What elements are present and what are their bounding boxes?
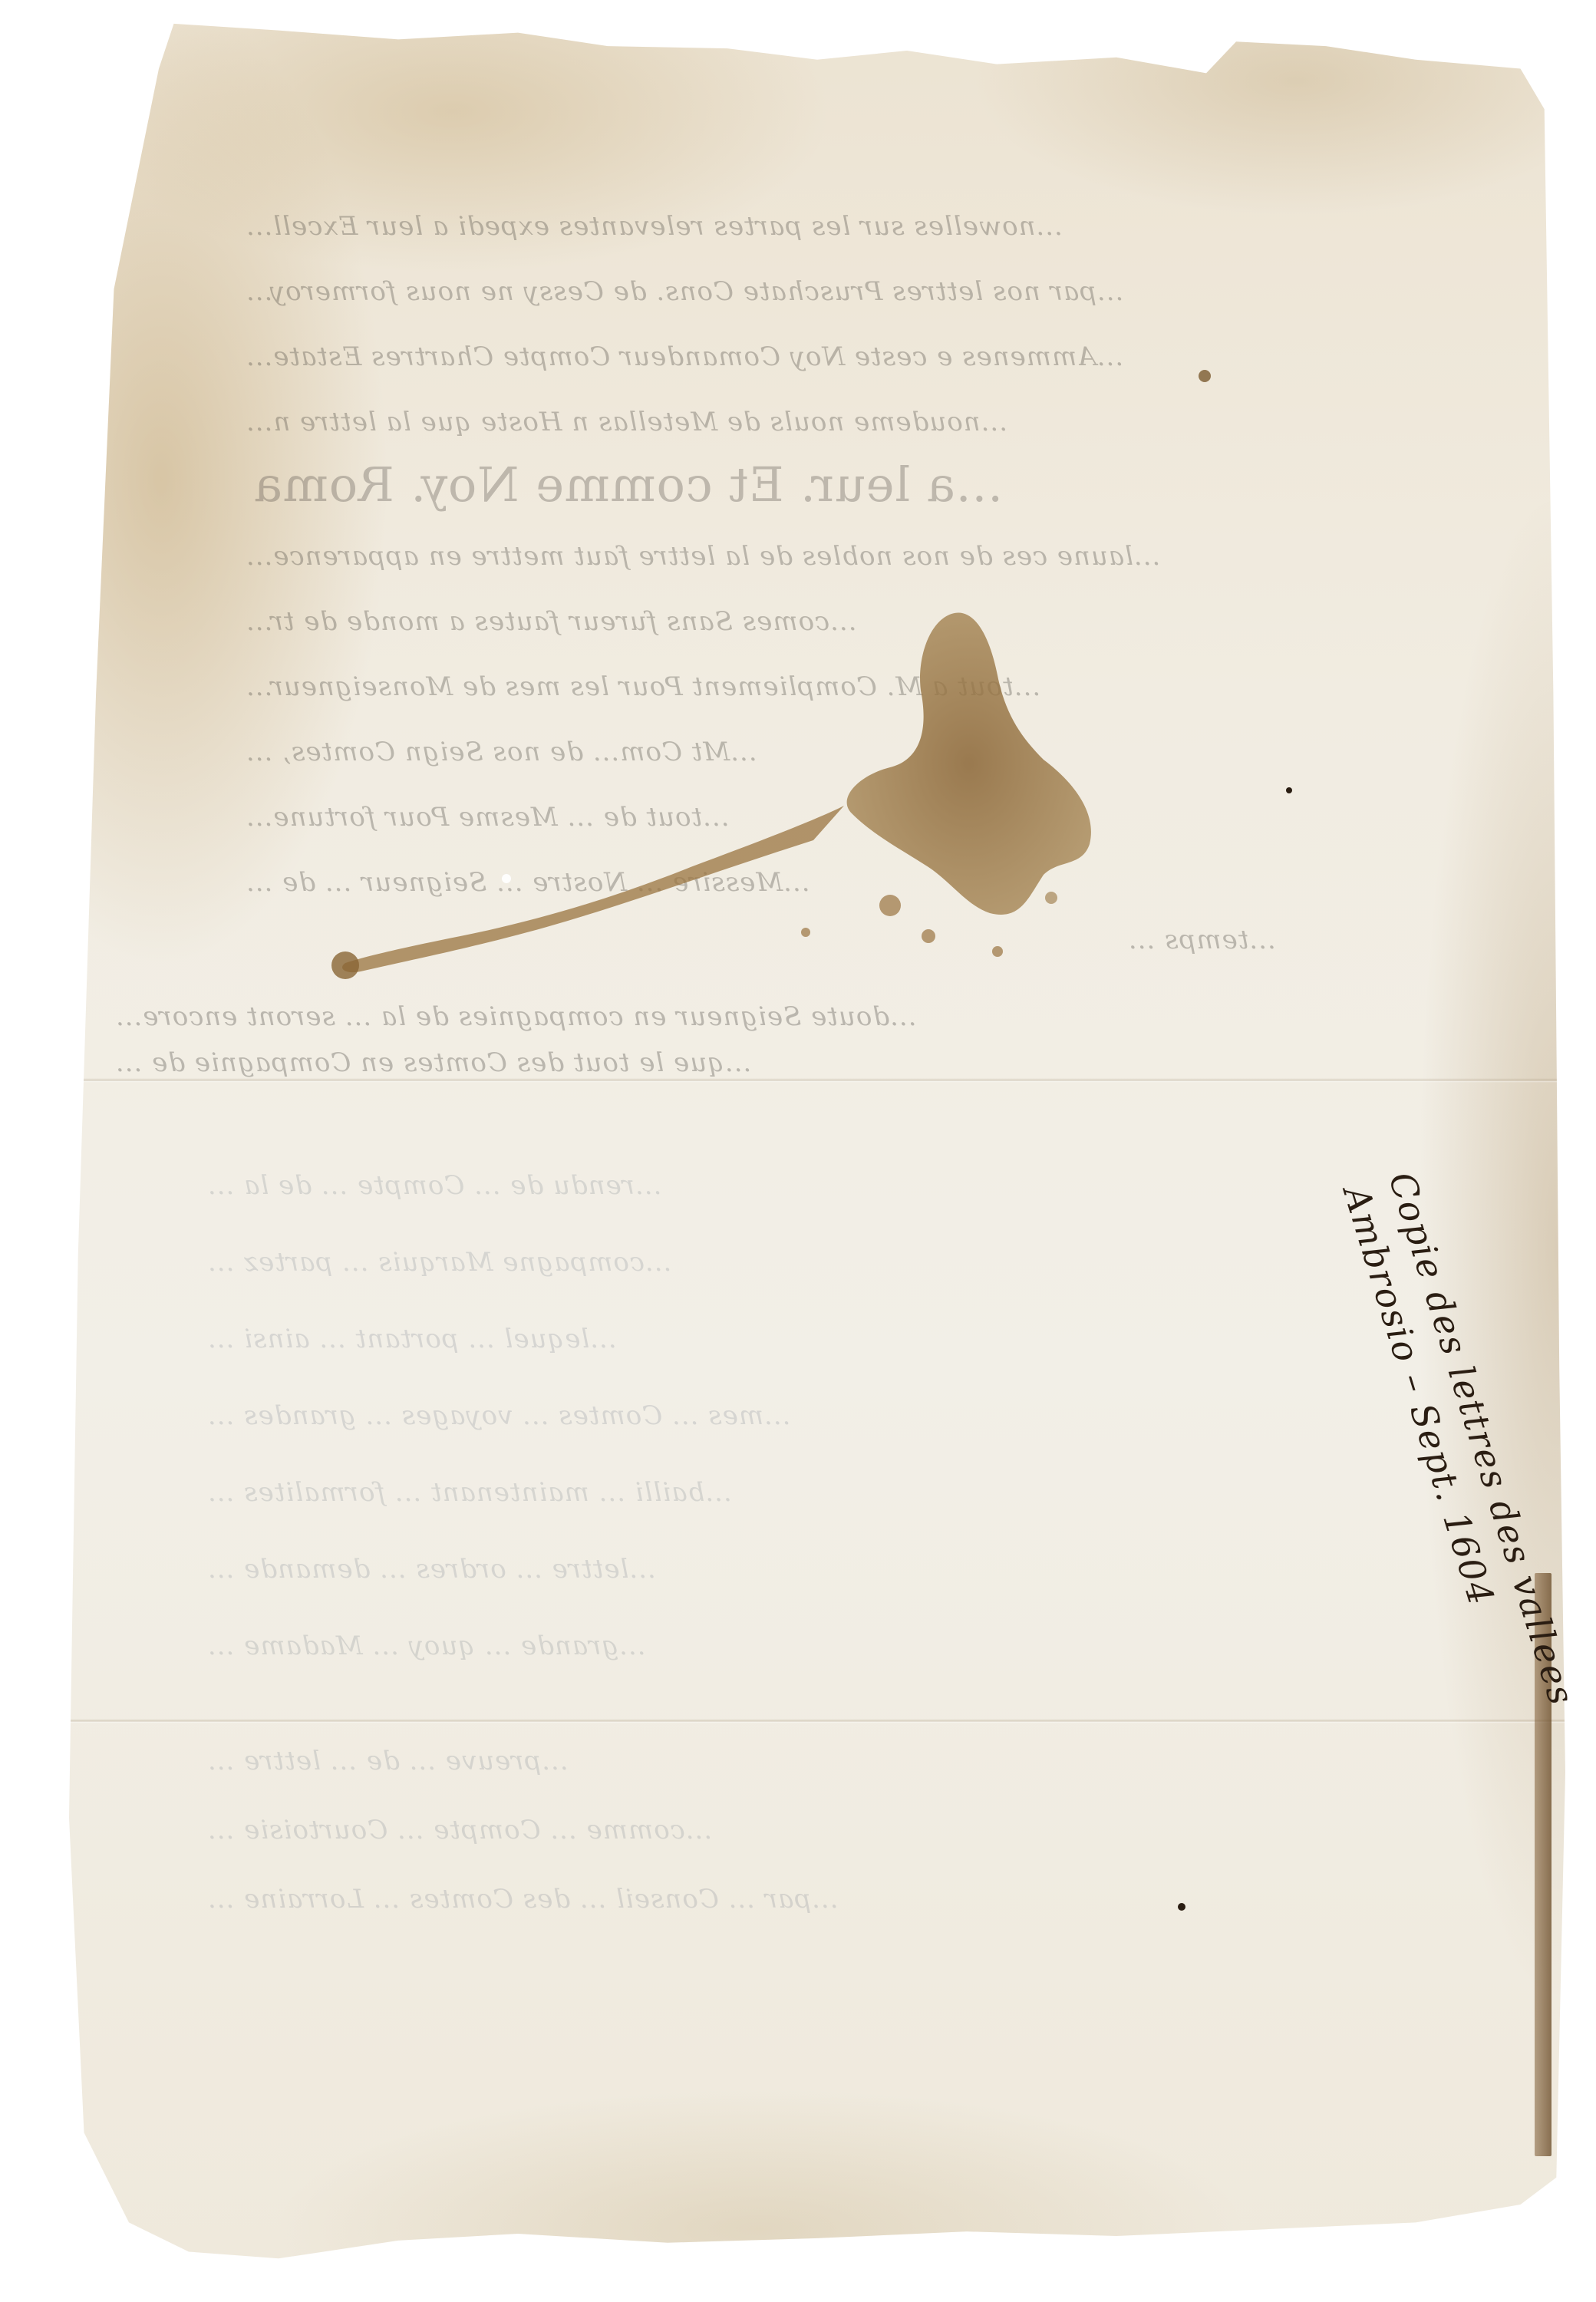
bleed-line: ...que le tout des Comtes en Compagnie d… (115, 1047, 751, 1078)
bleed-line-faint: ...par ... Conseil ... des Comtes ... Lo… (207, 1884, 839, 1914)
bleed-line-faint: ...grande ... quoy ... Madame ... (207, 1631, 646, 1661)
bleed-line-faint: ...mes ... Comtes ... voyages ... grande… (207, 1400, 791, 1431)
bleed-line: ...Mt Com... de nos Seign Comtes, ... (246, 737, 757, 767)
bleed-line: ...laune ces de nos nobles de la lettre … (246, 541, 1160, 572)
bleed-line: ...a leur. Et comme Noy. Roma (253, 457, 1003, 513)
bleed-line: ...comes Sans fureur fautes a monde de t… (246, 606, 857, 637)
bleed-line: ...doute Seigneur en compagnies de la ..… (115, 1001, 917, 1032)
bleed-line: ...Ammenes e ceste Noy Comandeur Compte … (246, 341, 1123, 372)
bleed-line-faint: ...compagne Marquis ... partez ... (207, 1247, 671, 1278)
bleed-line: ...Messire ... Nostre ... Seigneur ... d… (246, 867, 810, 898)
bleed-line: ...tout a M. Compliement Pour les mes de… (246, 671, 1040, 702)
manuscript-page: ...nowelles sur les partes relevantes ex… (69, 19, 1565, 2267)
bleed-through-text: ...nowelles sur les partes relevantes ex… (69, 19, 1565, 2267)
bleed-line: ...noudeme nouls de Metellas n Hoste que… (246, 407, 1007, 437)
bleed-line-faint: ...bailli ... maintenant ... formalites … (207, 1477, 732, 1508)
bleed-line-faint: ...lettre ... ordres ... demande ... (207, 1554, 656, 1585)
bleed-line: ...nowelles sur les partes relevantes ex… (246, 211, 1063, 242)
bleed-line: ...par nos lettres Pruschate Cons. de Ce… (246, 276, 1123, 307)
bleed-line-faint: ...comme ... Compte ... Courtoisie ... (207, 1815, 712, 1845)
bleed-line: ...tout de ... Mesme Pour fortune... (246, 802, 730, 833)
bleed-line-faint: ...preuve ... de ... lettre ... (207, 1746, 569, 1776)
bleed-line: ...temps ... (1128, 925, 1276, 955)
bleed-line-faint: ...lequel ... portant ... ainsi ... (207, 1324, 617, 1354)
bleed-line-faint: ...rendu de ... Compte ... de la ... (207, 1170, 661, 1201)
